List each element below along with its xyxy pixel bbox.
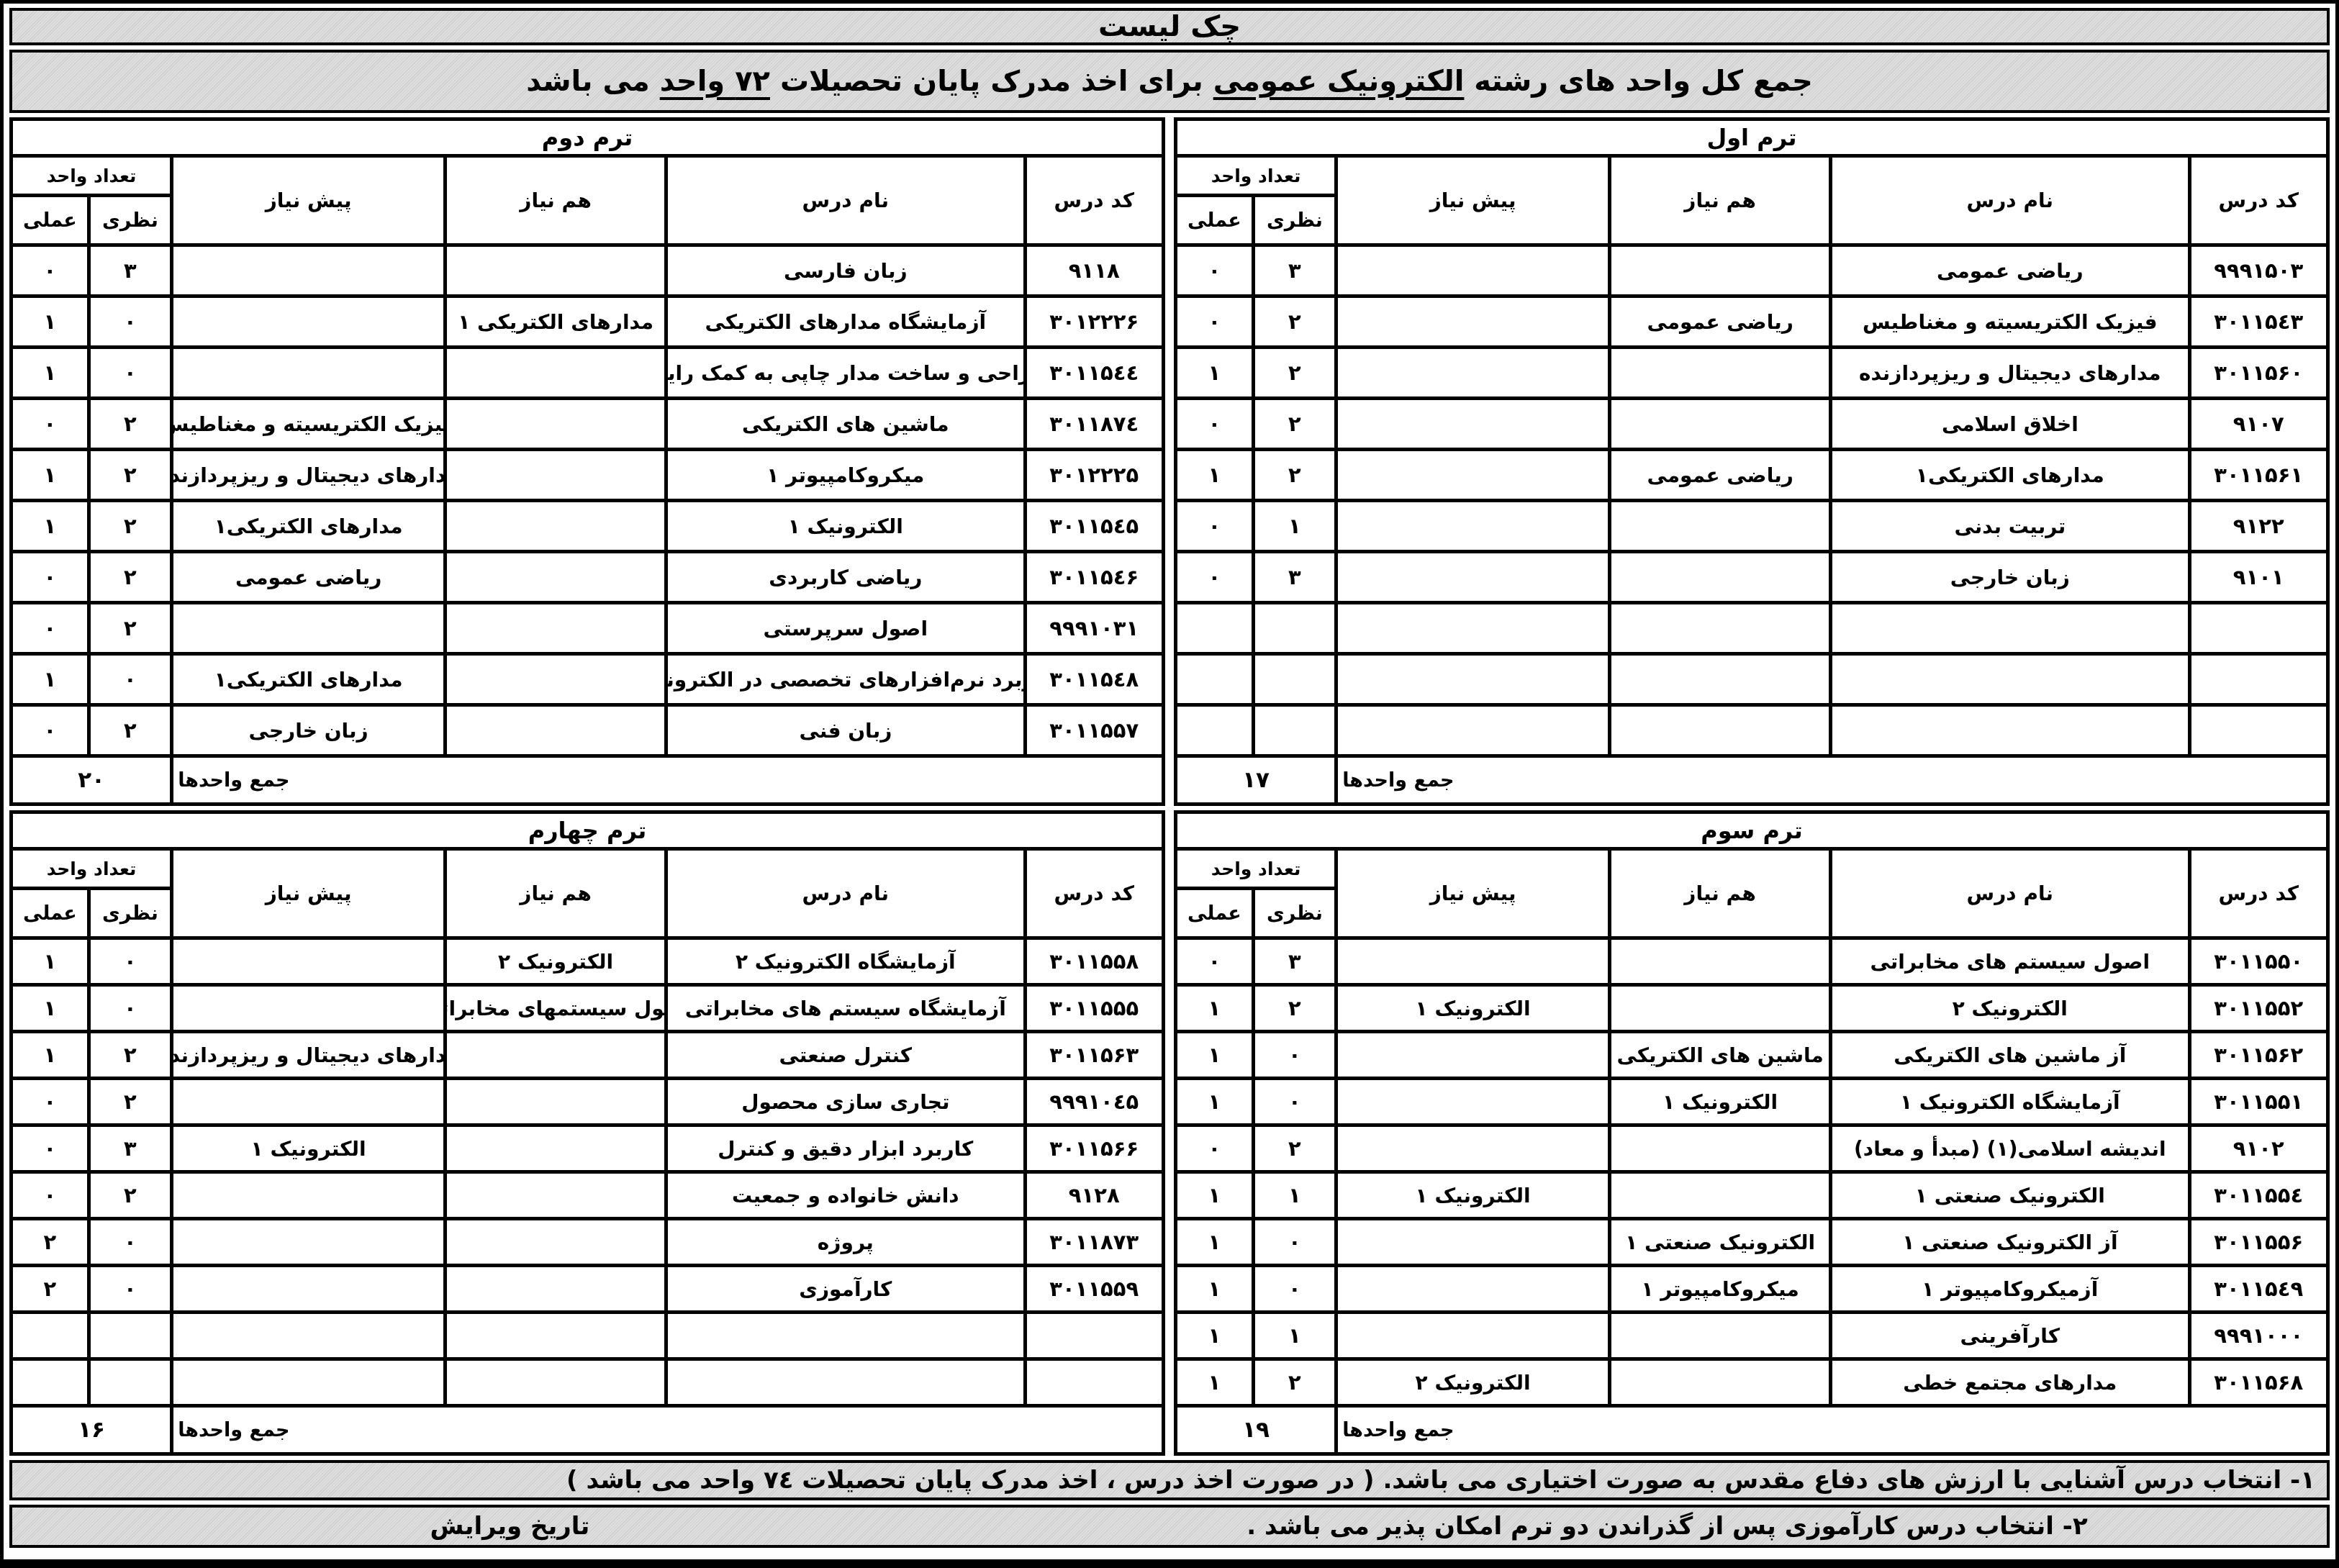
coreq-cell (1611, 940, 1829, 983)
course-name-cell: طراحی و ساخت مدار چاپی به کمک رایانه (668, 349, 1023, 396)
coreq-cell (447, 1314, 664, 1357)
coreq-cell (447, 1220, 664, 1264)
coreq-cell (1611, 987, 1829, 1030)
course-code-cell: ۳۰۱۱۵۶۶ (1027, 1127, 1162, 1170)
prereq-cell (173, 298, 443, 345)
prereq-cell (173, 987, 443, 1030)
course-name-cell: کاربرد ابزار دقیق و کنترل (668, 1127, 1023, 1170)
coreq-cell: مدارهای الکتریکی ۱ (447, 298, 664, 345)
practical-units-cell: ۱ (1177, 451, 1252, 499)
coreq-cell (1611, 604, 1829, 652)
course-name-cell: اندیشه اسلامی(۱) (مبدأ و معاد) (1832, 1127, 2187, 1170)
prereq-cell (1338, 1080, 1608, 1123)
theory-units-cell: ۲ (1255, 298, 1335, 345)
theory-units-cell: ۲ (91, 502, 171, 550)
coreq-cell: الکترونیک صنعتی ۱ (1611, 1220, 1829, 1264)
course-name-cell: مدارهای دیجیتال و ریزپردازنده (1832, 349, 2187, 396)
course-name-cell: فیزیک الکتریسیته و مغناطیس (1832, 298, 2187, 345)
coreq-cell (1611, 656, 1829, 703)
prereq-cell (1338, 1033, 1608, 1077)
practical-units-cell: ۱ (1177, 1080, 1252, 1123)
sum-units-label: جمع واحدها (173, 758, 1162, 802)
prereq-cell (173, 1361, 443, 1404)
theory-units-cell: ۲ (91, 451, 171, 499)
sum-units-label: جمع واحدها (1338, 758, 2326, 802)
practical-units-cell: ۱ (13, 349, 87, 396)
practical-units-cell: ۲ (13, 1267, 87, 1310)
prereq-cell (1338, 451, 1608, 499)
subtitle-band: جمع کل واحد های رشته الکترونیک عمومی برا… (9, 50, 2330, 113)
practical-units-cell: ۰ (1177, 502, 1252, 550)
header-units-count: تعداد واحد (13, 158, 170, 194)
course-name-cell: آزمایشگاه مدارهای الکتریکی (668, 298, 1023, 345)
course-code-cell: ۳۰۱۱۵۵۷ (1027, 707, 1162, 754)
coreq-cell (1611, 247, 1829, 294)
course-code-cell: ۳۰۱۱۸۷۳ (1027, 1220, 1162, 1264)
practical-units-cell: ۱ (1177, 1174, 1252, 1217)
major-name-underlined: الکترونیک عمومی (1213, 65, 1465, 98)
practical-units-cell (1177, 604, 1252, 652)
course-name-cell: اصول سیستم های مخابراتی (1832, 940, 2187, 983)
course-code-cell: ۳۰۱۱۵٤۶ (1027, 553, 1162, 601)
term1-table: ترم اول کد درس نام درس هم نیاز پیش نیاز … (1174, 117, 2330, 806)
theory-units-cell: ۰ (91, 1267, 171, 1310)
course-code-cell: ۳۰۱۱۵۵٤ (2191, 1174, 2326, 1217)
practical-units-cell: ۱ (1177, 1220, 1252, 1264)
theory-units-cell (1255, 656, 1335, 703)
theory-units-cell: ۳ (91, 247, 171, 294)
prereq-cell: زبان خارجی (173, 707, 443, 754)
course-code-cell: ۹۱۲۸ (1027, 1174, 1162, 1217)
header-course-code: کد درس (1027, 158, 1162, 243)
coreq-cell (447, 1033, 664, 1077)
course-name-cell: الکترونیک ۲ (1832, 987, 2187, 1030)
course-code-cell: ۳۰۱۱۵۵۲ (2191, 987, 2326, 1030)
checklist-page: چک لیست جمع کل واحد های رشته الکترونیک ع… (0, 0, 2339, 1568)
theory-units-cell: ۲ (91, 1033, 171, 1077)
edit-date: تاریخ ویرایش (12, 1512, 1008, 1541)
practical-units-cell: ۰ (13, 1174, 87, 1217)
theory-units-cell: ۲ (1255, 451, 1335, 499)
header-theory-units: نظری (1255, 890, 1335, 936)
tables-row-top: ترم اول کد درس نام درس هم نیاز پیش نیاز … (9, 117, 2330, 806)
course-code-cell: ۳۰۱۲۲۲۵ (1027, 451, 1162, 499)
course-name-cell: اخلاق اسلامی (1832, 400, 2187, 448)
course-name-cell: کاربرد نرم‌افزارهای تخصصی در الکترونیک (668, 656, 1023, 703)
coreq-cell (1611, 1127, 1829, 1170)
theory-units-cell: ۰ (1255, 1267, 1335, 1310)
course-name-cell: دانش خانواده و جمعیت (668, 1174, 1023, 1217)
header-practical-units: عملی (13, 197, 87, 243)
theory-units-cell: ۲ (1255, 1127, 1335, 1170)
course-name-cell: ریاضی کاربردی (668, 553, 1023, 601)
prereq-cell (1338, 1220, 1608, 1264)
course-code-cell: ۳۰۱۱۵٤۵ (1027, 502, 1162, 550)
prereq-cell (1338, 1267, 1608, 1310)
sum-units-label: جمع واحدها (1338, 1408, 2326, 1452)
theory-units-cell: ۲ (1255, 987, 1335, 1030)
course-name-cell: تجاری سازی محصول (668, 1080, 1023, 1123)
course-code-cell: ۳۰۱۱۵٤۹ (2191, 1267, 2326, 1310)
page-title: چک لیست (1098, 10, 1241, 43)
practical-units-cell: ۰ (1177, 298, 1252, 345)
course-code-cell (2191, 604, 2326, 652)
term4-total-units: ۱۶ (13, 1408, 170, 1452)
theory-units-cell: ۰ (91, 987, 171, 1030)
course-code-cell: ۳۰۱۱۵۵۸ (1027, 940, 1162, 983)
practical-units-cell: ۰ (13, 553, 87, 601)
term1-title: ترم اول (1177, 121, 2326, 154)
header-course-name: نام درس (668, 851, 1023, 936)
course-code-cell: ۳۰۱۱۵۵۶ (2191, 1220, 2326, 1264)
theory-units-cell: ۰ (91, 349, 171, 396)
coreq-cell: ماشین های الکتریکی (1611, 1033, 1829, 1077)
theory-units-cell: ۳ (91, 1127, 171, 1170)
header-practical-units: عملی (1177, 890, 1252, 936)
coreq-cell (447, 1267, 664, 1310)
course-name-cell: زبان فارسی (668, 247, 1023, 294)
coreq-cell (1611, 349, 1829, 396)
prereq-cell: الکترونیک ۱ (1338, 987, 1608, 1030)
header-prereq: پیش نیاز (173, 158, 443, 243)
course-code-cell: ۳۰۱۱۵۶۲ (2191, 1033, 2326, 1077)
theory-units-cell: ۲ (91, 400, 171, 448)
prereq-cell (173, 940, 443, 983)
course-code-cell: ۳۰۱۱۸۷٤ (1027, 400, 1162, 448)
term2-title: ترم دوم (13, 121, 1162, 154)
course-code-cell (1027, 1361, 1162, 1404)
course-name-cell: مدارهای الکتریکی۱ (1832, 451, 2187, 499)
header-course-code: کد درس (2191, 851, 2326, 936)
practical-units-cell (13, 1314, 87, 1357)
theory-units-cell: ۲ (91, 604, 171, 652)
course-name-cell: آز الکترونیک صنعتی ۱ (1832, 1220, 2187, 1264)
practical-units-cell: ۰ (13, 400, 87, 448)
coreq-cell (1611, 502, 1829, 550)
course-name-cell: آزمایشگاه الکترونیک ۱ (1832, 1080, 2187, 1123)
practical-units-cell: ۱ (1177, 987, 1252, 1030)
coreq-cell (447, 656, 664, 703)
coreq-cell (1611, 1174, 1829, 1217)
prereq-cell (1338, 604, 1608, 652)
edit-date-label: تاریخ ویرایش (430, 1512, 590, 1541)
course-code-cell: ۹۱۰۷ (2191, 400, 2326, 448)
header-units-count: تعداد واحد (1177, 158, 1334, 194)
theory-units-cell: ۰ (91, 656, 171, 703)
theory-units-cell: ۳ (1255, 247, 1335, 294)
theory-units-cell (91, 1361, 171, 1404)
course-name-cell: زبان فنی (668, 707, 1023, 754)
coreq-cell (1611, 1314, 1829, 1357)
practical-units-cell: ۰ (13, 247, 87, 294)
theory-units-cell (1255, 707, 1335, 754)
prereq-cell (1338, 940, 1608, 983)
term2-table: ترم دوم کد درس نام درس هم نیاز پیش نیاز … (9, 117, 1165, 806)
theory-units-cell: ۰ (1255, 1220, 1335, 1264)
prereq-cell: الکترونیک ۱ (173, 1127, 443, 1170)
header-coreq: هم نیاز (1611, 158, 1829, 243)
header-practical-units: عملی (1177, 197, 1252, 243)
coreq-cell (1611, 707, 1829, 754)
practical-units-cell: ۱ (13, 987, 87, 1030)
practical-units-cell: ۱ (1177, 349, 1252, 396)
prereq-cell (1338, 502, 1608, 550)
coreq-cell (447, 1361, 664, 1404)
practical-units-cell: ۰ (1177, 553, 1252, 601)
header-units-count: تعداد واحد (1177, 851, 1334, 887)
course-code-cell: ۳۰۱۱۵۶۱ (2191, 451, 2326, 499)
course-name-cell: ریاضی عمومی (1832, 247, 2187, 294)
theory-units-cell: ۳ (1255, 940, 1335, 983)
sum-units-label: جمع واحدها (173, 1408, 1162, 1452)
course-code-cell: ۳۰۱۱۵۵۹ (1027, 1267, 1162, 1310)
course-name-cell: پروژه (668, 1220, 1023, 1264)
prereq-cell: مدارهای الکتریکی۱ (173, 656, 443, 703)
course-name-cell: مدارهای مجتمع خطی (1832, 1361, 2187, 1404)
practical-units-cell: ۰ (1177, 400, 1252, 448)
course-code-cell: ۹۱۰۱ (2191, 553, 2326, 601)
coreq-cell: میکروکامپیوتر ۱ (1611, 1267, 1829, 1310)
theory-units-cell: ۲ (1255, 400, 1335, 448)
course-name-cell: آزمایشگاه الکترونیک ۲ (668, 940, 1023, 983)
course-name-cell (1832, 656, 2187, 703)
header-theory-units: نظری (91, 890, 171, 936)
theory-units-cell: ۲ (1255, 349, 1335, 396)
prereq-cell (1338, 247, 1608, 294)
theory-units-cell: ۲ (91, 1174, 171, 1217)
coreq-cell (447, 349, 664, 396)
practical-units-cell: ۱ (13, 502, 87, 550)
course-code-cell: ۳۰۱۱۵٤٤ (1027, 349, 1162, 396)
course-code-cell: ۳۰۱۱۵۵۰ (2191, 940, 2326, 983)
prereq-cell (1338, 1314, 1608, 1357)
prereq-cell (173, 247, 443, 294)
practical-units-cell: ۰ (13, 707, 87, 754)
practical-units-cell: ۱ (13, 656, 87, 703)
course-code-cell: ۳۰۱۱۵٤۳ (2191, 298, 2326, 345)
header-coreq: هم نیاز (447, 851, 664, 936)
practical-units-cell: ۱ (1177, 1033, 1252, 1077)
course-code-cell: ۹۹۹۱۰۳۱ (1027, 604, 1162, 652)
course-name-cell: اصول سرپرستی (668, 604, 1023, 652)
coreq-cell: اصول سیستمهای مخابراتی (447, 987, 664, 1030)
theory-units-cell: ۱ (1255, 1314, 1335, 1357)
practical-units-cell: ۱ (1177, 1267, 1252, 1310)
course-name-cell: زبان خارجی (1832, 553, 2187, 601)
practical-units-cell: ۱ (13, 298, 87, 345)
course-code-cell (2191, 656, 2326, 703)
theory-units-cell: ۰ (1255, 1033, 1335, 1077)
course-code-cell: ۳۰۱۱۵۵۱ (2191, 1080, 2326, 1123)
practical-units-cell (13, 1361, 87, 1404)
prereq-cell (173, 1314, 443, 1357)
course-code-cell: ۳۰۱۱۵۵۵ (1027, 987, 1162, 1030)
coreq-cell (1611, 400, 1829, 448)
header-prereq: پیش نیاز (1338, 851, 1608, 936)
prereq-cell (1338, 656, 1608, 703)
course-name-cell (668, 1361, 1023, 1404)
term4-title: ترم چهارم (13, 814, 1162, 847)
header-theory-units: نظری (1255, 197, 1335, 243)
prereq-cell (173, 1080, 443, 1123)
course-name-cell: کارآموزی (668, 1267, 1023, 1310)
footnote-2: ۲- انتخاب درس کارآموزی پس از گذراندن دو … (1008, 1512, 2327, 1541)
coreq-cell: الکترونیک ۲ (447, 940, 664, 983)
prereq-cell: مدارهای الکتریکی۱ (173, 502, 443, 550)
practical-units-cell: ۱ (13, 451, 87, 499)
coreq-cell (447, 1080, 664, 1123)
theory-units-cell: ۰ (91, 940, 171, 983)
practical-units-cell: ۰ (13, 1127, 87, 1170)
theory-units-cell (1255, 604, 1335, 652)
header-course-name: نام درس (1832, 158, 2187, 243)
prereq-cell (1338, 553, 1608, 601)
footnote-2-band: ۲- انتخاب درس کارآموزی پس از گذراندن دو … (9, 1505, 2330, 1548)
header-units-count: تعداد واحد (13, 851, 170, 887)
term3-table: ترم سوم کد درس نام درس هم نیاز پیش نیاز … (1174, 810, 2330, 1456)
coreq-cell (447, 400, 664, 448)
theory-units-cell: ۰ (91, 1220, 171, 1264)
course-code-cell: ۳۰۱۲۲۲۶ (1027, 298, 1162, 345)
course-code-cell (1027, 1314, 1162, 1357)
header-course-code: کد درس (1027, 851, 1162, 936)
course-name-cell: کارآفرینی (1832, 1314, 2187, 1357)
course-code-cell: ۹۱۲۲ (2191, 502, 2326, 550)
practical-units-cell: ۱ (1177, 1314, 1252, 1357)
term2-total-units: ۲۰ (13, 758, 170, 802)
prereq-cell: ریاضی عمومی (173, 553, 443, 601)
page-title-band: چک لیست (9, 8, 2330, 45)
header-prereq: پیش نیاز (1338, 158, 1608, 243)
practical-units-cell: ۰ (1177, 940, 1252, 983)
subtitle: جمع کل واحد های رشته الکترونیک عمومی برا… (526, 65, 1813, 98)
tables-row-bottom: ترم سوم کد درس نام درس هم نیاز پیش نیاز … (9, 810, 2330, 1456)
practical-units-cell: ۱ (13, 940, 87, 983)
course-name-cell: آز ماشین های الکتریکی (1832, 1033, 2187, 1077)
course-name-cell: ماشین های الکتریکی (668, 400, 1023, 448)
practical-units-cell (1177, 707, 1252, 754)
prereq-cell (1338, 298, 1608, 345)
prereq-cell (1338, 707, 1608, 754)
course-name-cell: کنترل صنعتی (668, 1033, 1023, 1077)
course-name-cell: میکروکامپیوتر ۱ (668, 451, 1023, 499)
theory-units-cell (91, 1314, 171, 1357)
course-name-cell: الکترونیک صنعتی ۱ (1832, 1174, 2187, 1217)
prereq-cell (173, 1220, 443, 1264)
course-code-cell: ۹۹۹۱۰۰۰ (2191, 1314, 2326, 1357)
course-code-cell: ۹۹۹۱۵۰۳ (2191, 247, 2326, 294)
prereq-cell (1338, 349, 1608, 396)
course-name-cell: آزمایشگاه سیستم های مخابراتی (668, 987, 1023, 1030)
footnote-2-text: ۲- انتخاب درس کارآموزی پس از گذراندن دو … (1247, 1512, 2087, 1541)
prereq-cell: مدارهای دیجیتال و ریزپردازنده (173, 1033, 443, 1077)
theory-units-cell: ۰ (1255, 1080, 1335, 1123)
practical-units-cell: ۱ (1177, 1361, 1252, 1404)
prereq-cell (1338, 1127, 1608, 1170)
header-coreq: هم نیاز (1611, 851, 1829, 936)
footnote-1: ۱- انتخاب درس آشنایی با ارزش های دفاع مق… (9, 1460, 2330, 1500)
theory-units-cell: ۳ (1255, 553, 1335, 601)
course-code-cell: ۹۱۱۸ (1027, 247, 1162, 294)
practical-units-cell: ۰ (13, 604, 87, 652)
course-code-cell: ۳۰۱۱۵۶۰ (2191, 349, 2326, 396)
header-coreq: هم نیاز (447, 158, 664, 243)
course-name-cell: الکترونیک ۱ (668, 502, 1023, 550)
practical-units-cell: ۲ (13, 1220, 87, 1264)
course-code-cell: ۳۰۱۱۵۶۸ (2191, 1361, 2326, 1404)
theory-units-cell: ۲ (91, 707, 171, 754)
term4-table: ترم چهارم کد درس نام درس هم نیاز پیش نیا… (9, 810, 1165, 1456)
coreq-cell (447, 1127, 664, 1170)
coreq-cell (447, 553, 664, 601)
course-name-cell (1832, 707, 2187, 754)
theory-units-cell: ۲ (91, 553, 171, 601)
coreq-cell (447, 707, 664, 754)
coreq-cell (447, 451, 664, 499)
prereq-cell: فیزیک الکتریسیته و مغناطیس (173, 400, 443, 448)
practical-units-cell: ۰ (13, 1080, 87, 1123)
course-name-cell: تربیت بدنی (1832, 502, 2187, 550)
header-course-name: نام درس (1832, 851, 2187, 936)
prereq-cell: الکترونیک ۱ (1338, 1174, 1608, 1217)
practical-units-cell: ۱ (13, 1033, 87, 1077)
header-practical-units: عملی (13, 890, 87, 936)
term1-total-units: ۱۷ (1177, 758, 1334, 802)
theory-units-cell: ۱ (1255, 502, 1335, 550)
prereq-cell: مدارهای دیجیتال و ریزپردازنده (173, 451, 443, 499)
prereq-cell (1338, 400, 1608, 448)
total-units-underlined: ۷۲ واحد (660, 65, 770, 98)
coreq-cell (1611, 1361, 1829, 1404)
header-prereq: پیش نیاز (173, 851, 443, 936)
course-name-cell (1832, 604, 2187, 652)
theory-units-cell: ۰ (91, 298, 171, 345)
course-code-cell: ۹۹۹۱۰٤۵ (1027, 1080, 1162, 1123)
prereq-cell: الکترونیک ۲ (1338, 1361, 1608, 1404)
coreq-cell (1611, 553, 1829, 601)
course-code-cell: ۳۰۱۱۵٤۸ (1027, 656, 1162, 703)
prereq-cell (173, 604, 443, 652)
coreq-cell (447, 247, 664, 294)
practical-units-cell (1177, 656, 1252, 703)
course-name-cell: آزمیکروکامپیوتر ۱ (1832, 1267, 2187, 1310)
prereq-cell (173, 1174, 443, 1217)
theory-units-cell: ۲ (1255, 1361, 1335, 1404)
header-theory-units: نظری (91, 197, 171, 243)
prereq-cell (173, 349, 443, 396)
course-code-cell: ۹۱۰۲ (2191, 1127, 2326, 1170)
term3-total-units: ۱۹ (1177, 1408, 1334, 1452)
header-course-name: نام درس (668, 158, 1023, 243)
theory-units-cell: ۲ (91, 1080, 171, 1123)
coreq-cell: ریاضی عمومی (1611, 451, 1829, 499)
coreq-cell (447, 502, 664, 550)
coreq-cell (447, 1174, 664, 1217)
course-code-cell (2191, 707, 2326, 754)
coreq-cell (447, 604, 664, 652)
coreq-cell: ریاضی عمومی (1611, 298, 1829, 345)
coreq-cell: الکترونیک ۱ (1611, 1080, 1829, 1123)
course-name-cell (668, 1314, 1023, 1357)
course-code-cell: ۳۰۱۱۵۶۳ (1027, 1033, 1162, 1077)
footnote-1-text: ۱- انتخاب درس آشنایی با ارزش های دفاع مق… (566, 1466, 2315, 1495)
practical-units-cell: ۰ (1177, 247, 1252, 294)
theory-units-cell: ۱ (1255, 1174, 1335, 1217)
practical-units-cell: ۰ (1177, 1127, 1252, 1170)
term3-title: ترم سوم (1177, 814, 2326, 847)
header-course-code: کد درس (2191, 158, 2326, 243)
prereq-cell (173, 1267, 443, 1310)
